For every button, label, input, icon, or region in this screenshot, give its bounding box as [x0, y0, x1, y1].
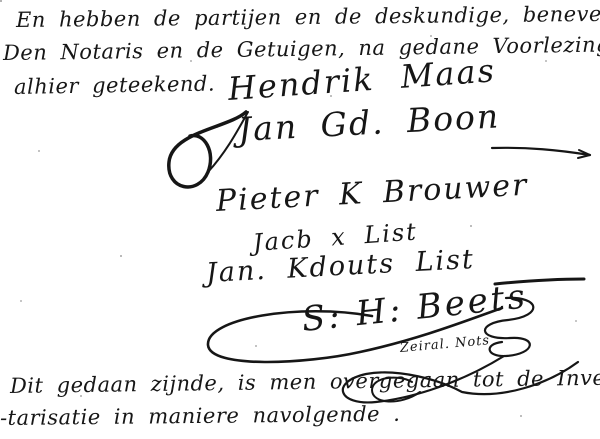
notary-title-subscript: Zeiral. Nots [399, 333, 490, 356]
scanned-document-page: En hebben de partijen en de deskundige, … [0, 0, 600, 439]
signature-sh-beets: S: H: Beets [300, 276, 530, 339]
closing-line-2: -tarisatie in maniere navolgende . [0, 402, 401, 430]
closing-line-1: Dit gedaan zijnde, is men overgegaan tot… [10, 365, 600, 398]
boon-arrow-head [578, 150, 590, 158]
signature-jan-kdouts-list: Jan. Kdouts List [205, 244, 475, 289]
opening-line-1: En hebben de partijen en de deskundige, … [16, 2, 600, 32]
scan-noise-speckles [0, 0, 2, 2]
opening-line-2: Den Notaris en de Getuigen, na gedane Vo… [3, 32, 600, 65]
opening-line-3: alhier geteekend. [14, 71, 215, 99]
signature-pieter-brouwer: Pieter K Brouwer [215, 168, 529, 219]
boon-j-flourish [169, 112, 246, 187]
boon-arrow-stroke [492, 148, 590, 155]
